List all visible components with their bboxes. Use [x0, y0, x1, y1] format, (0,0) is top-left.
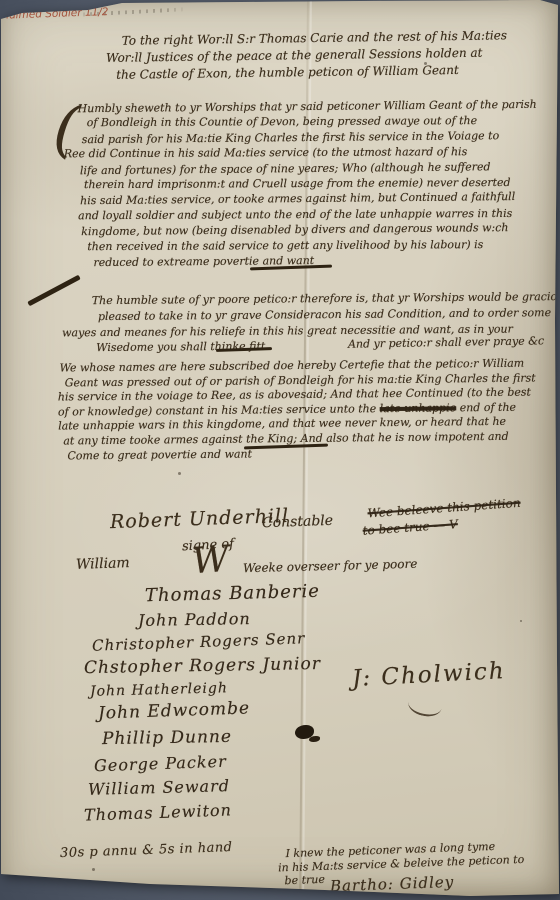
strikethrough-text: late unhappie	[380, 401, 457, 415]
allowance-note: 30s p annu & 5s in hand	[60, 840, 233, 861]
archive-reference-note: Maimed Soldier 11/2	[0, 0, 560, 22]
paper-speck	[520, 620, 522, 622]
certificate-line-segment: end of the	[456, 400, 516, 414]
gidley-signature: Bartho: Gidley	[330, 873, 455, 895]
ink-blot	[295, 725, 314, 739]
signature-flourish	[406, 691, 444, 720]
constable-title: Constable	[262, 513, 334, 531]
document-heading: To the right Wor:ll S:r Thomas Carie and…	[122, 27, 508, 83]
paper-speck	[92, 868, 95, 871]
witness-signature: Thomas Lewiton	[84, 800, 232, 824]
william-weeke-mark: W	[191, 539, 231, 582]
ink-dash	[27, 275, 81, 307]
witness-signature: Phillip Dunne	[102, 727, 232, 749]
petition-body: Humbly sheweth to yr Worships that yr sa…	[78, 98, 538, 270]
paper-speck	[178, 472, 181, 475]
witness-signature: John Hatherleigh	[90, 680, 228, 700]
william-weeke-name: William	[76, 555, 130, 573]
witness-signature: William Seward	[88, 776, 230, 799]
margin-note: Wee beleeve this petition to bee true — …	[367, 495, 522, 540]
justice-signature: J: Cholwich	[351, 658, 506, 692]
witness-signature: Chstopher Rogers Junior	[84, 654, 321, 678]
certificate-paragraph: We whose names are here subscribed doe h…	[57, 357, 536, 464]
witness-signature: Christopher Rogers Senr	[92, 629, 306, 654]
photo-background: To the right Wor:ll S:r Thomas Carie and…	[0, 0, 560, 900]
witness-signature: John Paddon	[138, 609, 251, 630]
witness-signature: Thomas Banberie	[145, 581, 320, 607]
petition-document: To the right Wor:ll S:r Thomas Carie and…	[0, 0, 560, 900]
certificate-line-segment: of or knowledge) constant in his Ma:ties…	[58, 402, 380, 418]
witness-signature: George Packer	[94, 752, 227, 776]
overseer-label: Weeke overseer for ye poore	[243, 557, 418, 576]
witness-signature: John Edwcombe	[98, 698, 251, 723]
